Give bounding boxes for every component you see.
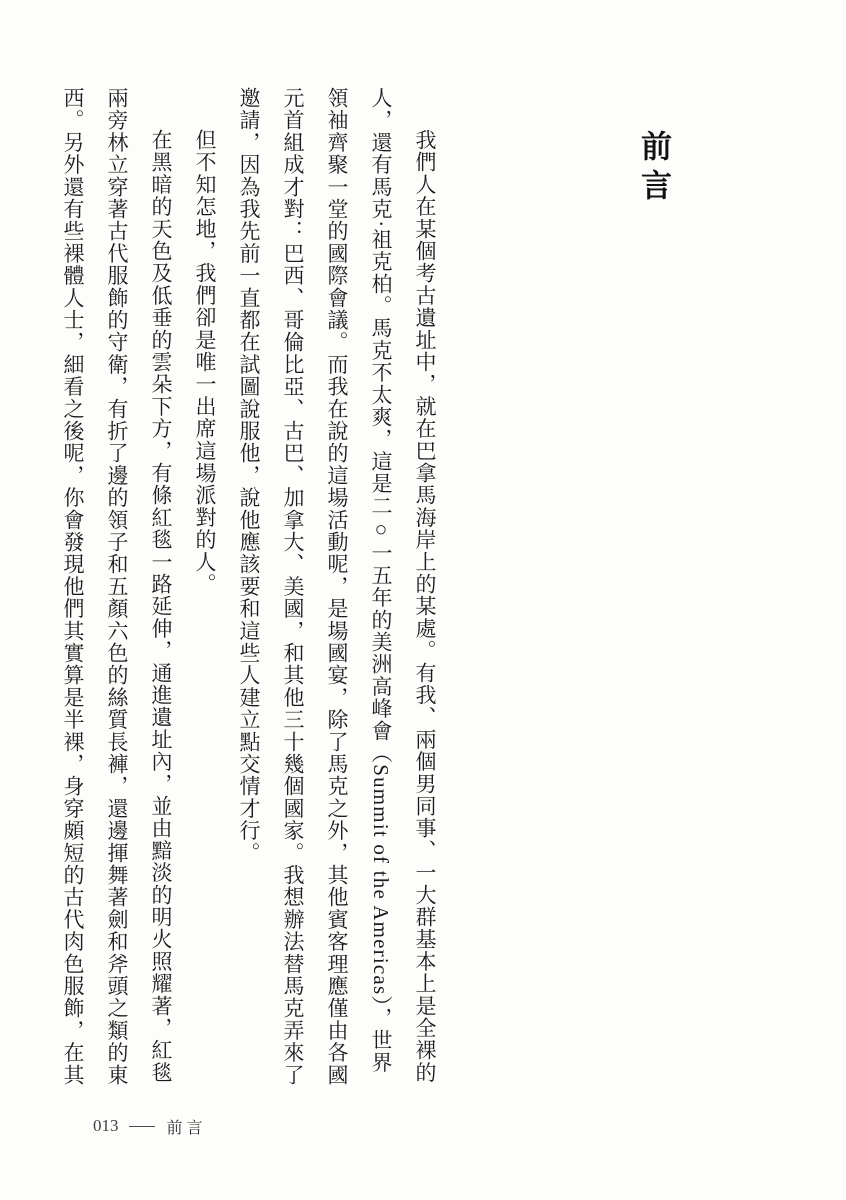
- paragraph-3: 在黑暗的天色及低垂的雲朵下方，有條紅毯一路延伸，通進遺址內，並由黯淡的明火照耀著…: [51, 87, 183, 1089]
- paragraph-2: 但不知怎地，我們卻是唯一出席這場派對的人。: [183, 87, 227, 1089]
- book-page: 前言 我們人在某個考古遺址中，就在巴拿馬海岸上的某處。有我、兩個男同事、一大群基…: [0, 0, 846, 1200]
- chapter-title: 前言: [631, 130, 676, 208]
- page-number: 013: [93, 1116, 119, 1136]
- page-footer: 013 前言: [93, 1114, 207, 1138]
- body-text: 我們人在某個考古遺址中，就在巴拿馬海岸上的某處。有我、兩個男同事、一大群基本上是…: [51, 87, 447, 1089]
- footer-section-label: 前言: [167, 1115, 207, 1138]
- paragraph-1: 我們人在某個考古遺址中，就在巴拿馬海岸上的某處。有我、兩個男同事、一大群基本上是…: [227, 87, 447, 1089]
- footer-dash-rule: [129, 1126, 155, 1127]
